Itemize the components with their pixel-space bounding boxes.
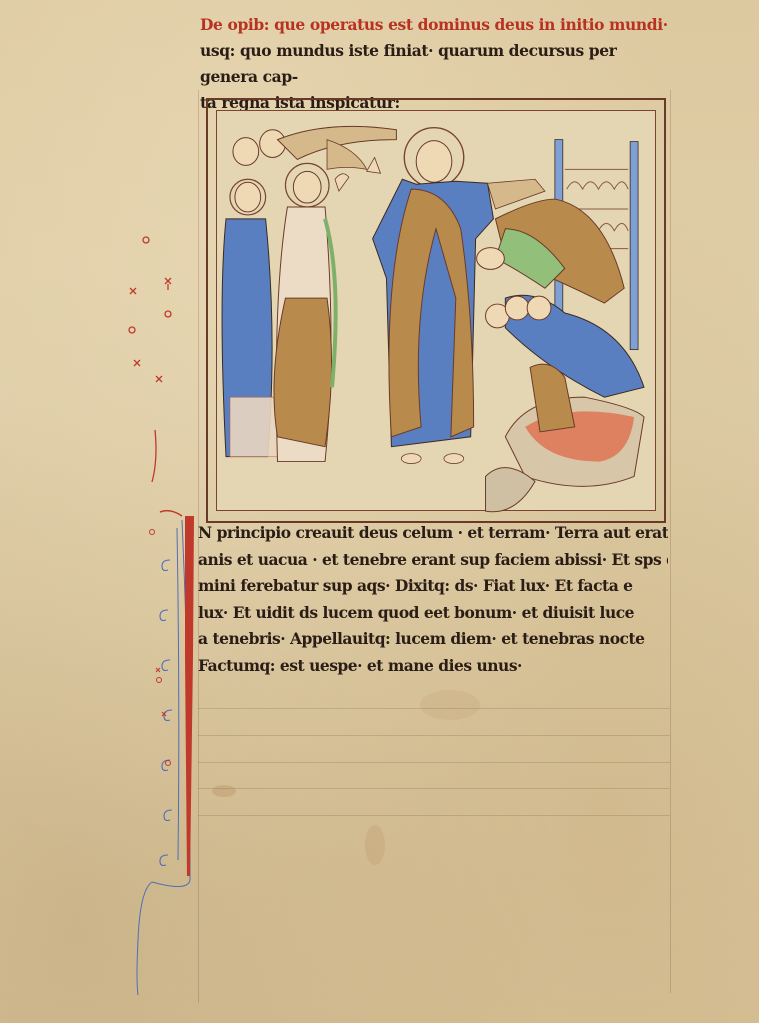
ruling-line	[198, 735, 670, 736]
marginal-marks	[120, 230, 200, 490]
genesis-text: N principio creauit deus celum · et terr…	[198, 520, 668, 679]
ruling-line	[198, 788, 670, 789]
text-line: mini ferebatur sup aqs· Dixitq: ds· Fiat…	[198, 573, 668, 600]
text-line: a tenebris· Appellauitq: lucem diem· et …	[198, 626, 668, 653]
text-line: Factumq: est uespe· et mane dies unus·	[198, 653, 668, 680]
miniature-frame	[206, 98, 666, 523]
ruling-line-right	[670, 90, 671, 993]
rubric-line-2: usq: quo mundus iste finiat· quarum decu…	[200, 38, 670, 90]
text-line: N principio creauit deus celum · et terr…	[198, 520, 668, 547]
initial-letter-i	[181, 516, 195, 876]
angels-group-left	[222, 126, 396, 461]
miniature-illustration	[208, 100, 664, 521]
parchment-stain	[420, 690, 480, 720]
manuscript-folio: De opib: que operatus est dominus deus i…	[0, 0, 759, 1023]
ruling-line	[198, 815, 670, 816]
falling-angel-green	[477, 199, 625, 303]
initial-flourish	[120, 500, 210, 1010]
rubric-line-red: De opib: que operatus est dominus deus i…	[200, 12, 670, 38]
parchment-stain	[212, 785, 236, 797]
text-line: lux· Et uidit ds lucem quod eet bonum· e…	[198, 600, 668, 627]
ruling-line	[198, 762, 670, 763]
parchment-stain	[365, 825, 385, 865]
text-line: anis et uacua · et tenebre erant sup fac…	[198, 547, 668, 574]
